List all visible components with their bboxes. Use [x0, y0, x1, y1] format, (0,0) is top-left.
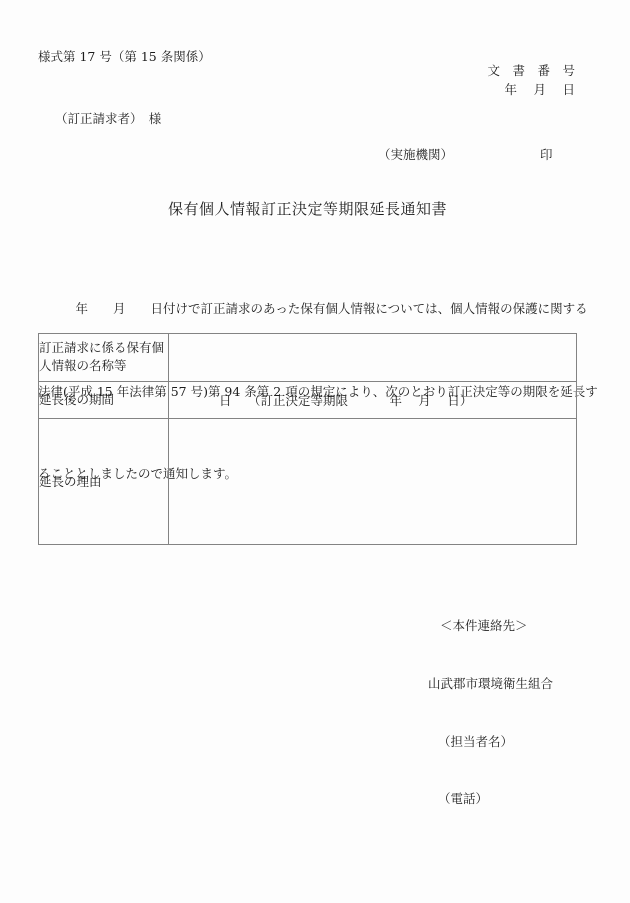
- row-value-personal-info-name: [169, 334, 577, 382]
- table-row-personal-info-name: 訂正請求に係る保有個人情報の名称等: [39, 334, 577, 382]
- contact-phone-label: （電話）: [428, 789, 553, 808]
- table-row-extended-period: 延長後の期間 日 （訂正決定等期限 年 月 日）: [39, 382, 577, 419]
- table-row-extension-reason: 延長の理由: [39, 419, 577, 545]
- row-label-extended-period: 延長後の期間: [39, 382, 169, 419]
- row-label-personal-info-name: 訂正請求に係る保有個人情報の名称等: [39, 334, 169, 382]
- contact-organization: 山武郡市環境衛生組合: [428, 674, 553, 693]
- form-number: 様式第 17 号（第 15 条関係）: [38, 47, 211, 65]
- document-number-label: 文 書 番 号: [487, 61, 575, 79]
- row-label-extension-reason: 延長の理由: [39, 419, 169, 545]
- date-line: 年 月 日: [505, 80, 575, 98]
- contact-heading: ＜本件連絡先＞: [428, 616, 553, 635]
- seal-mark: 印: [540, 145, 553, 163]
- document-page: 様式第 17 号（第 15 条関係） 文 書 番 号 年 月 日 （訂正請求者）…: [0, 0, 630, 903]
- addressee-line: （訂正請求者） 様: [55, 109, 161, 127]
- row-value-extended-period: 日 （訂正決定等期限 年 月 日）: [169, 382, 577, 419]
- body-line-1: 年 月 日付けで訂正請求のあった保有個人情報については、個人情報の保護に関する: [38, 295, 586, 323]
- document-title: 保有個人情報訂正決定等期限延長通知書: [38, 198, 577, 219]
- row-value-extension-reason: [169, 419, 577, 545]
- contact-block: ＜本件連絡先＞ 山武郡市環境衛生組合 （担当者名） （電話）: [428, 578, 553, 847]
- contact-person-label: （担当者名）: [428, 732, 553, 751]
- issuing-agency-label: （実施機関）: [378, 145, 453, 163]
- form-table: 訂正請求に係る保有個人情報の名称等 延長後の期間 日 （訂正決定等期限 年 月 …: [38, 333, 577, 545]
